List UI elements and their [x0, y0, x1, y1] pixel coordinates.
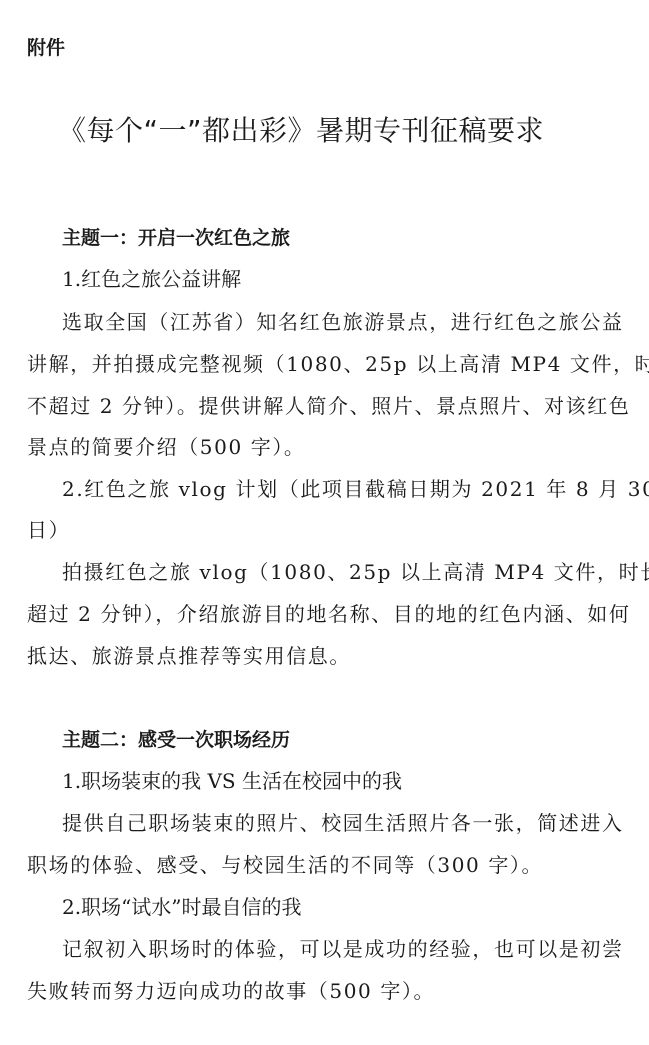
- paragraph-line: 职场的体验、感受、与校园生活的不同等（300 字）。: [27, 853, 543, 877]
- attachment-label: 附件: [27, 36, 65, 60]
- subheading-2-1: 1.职场装束的我 VS 生活在校园中的我: [62, 769, 402, 793]
- paragraph-line: 抵达、旅游景点推荐等实用信息。: [27, 644, 351, 668]
- paragraph-line: 景点的简要介绍（500 字）。: [27, 435, 306, 459]
- section-heading-1: 主题一：开启一次红色之旅: [62, 226, 290, 250]
- section-heading-2: 主题二：感受一次职场经历: [62, 728, 290, 752]
- page-title: 《每个“一”都出彩》暑期专刊征稿要求: [58, 114, 544, 148]
- paragraph-line: 拍摄红色之旅 vlog（1080、25p 以上高清 MP4 文件，时长不: [62, 560, 649, 584]
- subheading-1-2-continued: 日）: [27, 518, 70, 542]
- paragraph-line: 记叙初入职场时的体验，可以是成功的经验，也可以是初尝: [62, 937, 624, 961]
- paragraph-line: 选取全国（江苏省）知名红色旅游景点，进行红色之旅公益: [62, 310, 624, 334]
- paragraph-line: 超过 2 分钟），介绍旅游目的地名称、目的地的红色内涵、如何: [27, 602, 630, 626]
- subheading-2-2: 2.职场“试水”时最自信的我: [62, 895, 302, 919]
- paragraph-line: 不超过 2 分钟）。提供讲解人简介、照片、景点照片、对该红色: [27, 394, 630, 418]
- paragraph-line: 讲解，并拍摄成完整视频（1080、25p 以上高清 MP4 文件，时长: [27, 352, 649, 376]
- subheading-1-1: 1.红色之旅公益讲解: [62, 267, 241, 291]
- paragraph-line: 失败转而努力迈向成功的故事（500 字）。: [27, 979, 435, 1003]
- paragraph-line: 提供自己职场装束的照片、校园生活照片各一张，简述进入: [62, 811, 624, 835]
- subheading-1-2: 2.红色之旅 vlog 计划（此项目截稿日期为 2021 年 8 月 30: [62, 477, 649, 501]
